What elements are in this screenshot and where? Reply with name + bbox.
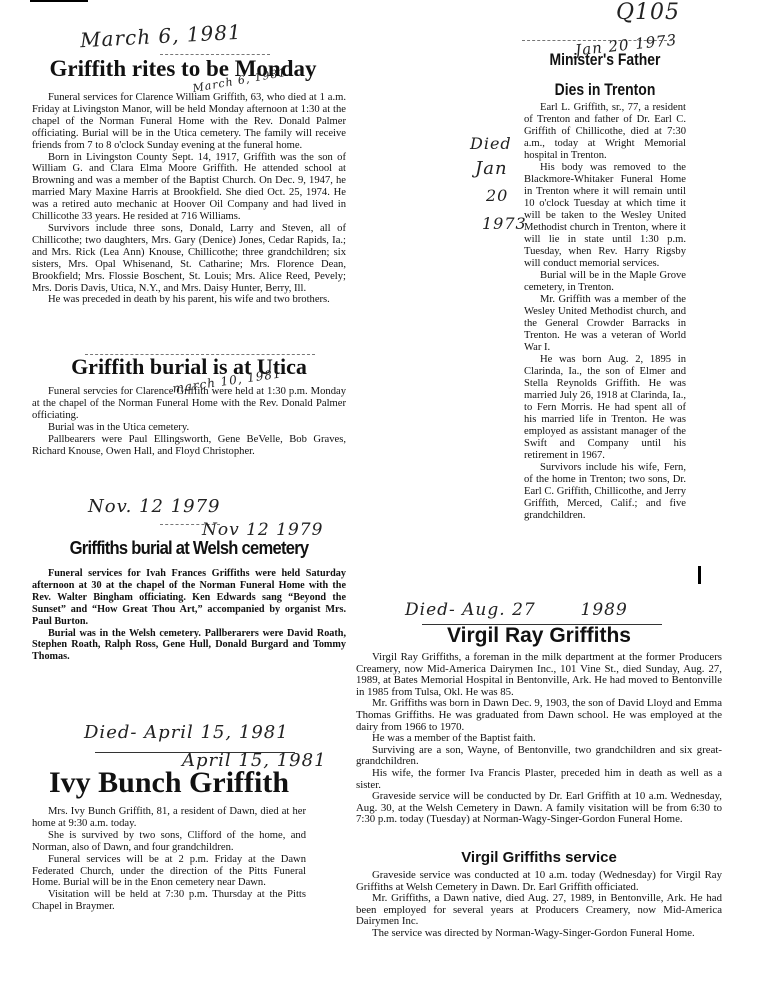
article-body: Mrs. Ivy Bunch Griffith, 81, a resident … [32, 806, 306, 913]
paragraph: Funeral services will be at 2 p.m. Frida… [32, 854, 306, 890]
date-annotation: Died- April 15, 1981 [84, 722, 289, 743]
paragraph: Graveside service will be conducted by D… [356, 791, 722, 826]
obituary-clarence-burial: Griffith burial is at Utica march 10, 19… [32, 354, 346, 457]
paragraph: Virgil Ray Griffiths, a foreman in the m… [356, 652, 722, 698]
paragraph: Born in Livingston County Sept. 14, 1917… [32, 152, 346, 223]
paragraph: He was born Aug. 2, 1895 in Clarinda, Ia… [524, 354, 686, 462]
paragraph: The service was directed by Norman-Wagy-… [356, 928, 722, 940]
clipping-edge-mark [698, 566, 701, 584]
paragraph: He was preceded in death by his parent, … [32, 294, 346, 306]
obituary-virgil-ray-griffiths: Virgil Ray Griffiths Virgil Ray Griffith… [356, 624, 722, 826]
headline-line-2: Dies in Trenton [539, 78, 672, 102]
paragraph: Mrs. Ivy Bunch Griffith, 81, a resident … [32, 806, 306, 830]
headline: Virgil Ray Griffiths [356, 624, 722, 648]
paragraph: He was a member of the Baptist faith. [356, 733, 722, 745]
headline: Virgil Griffiths service [356, 848, 722, 868]
paragraph: Mr. Griffith was a member of the Wesley … [524, 294, 686, 354]
obituary-ivy-bunch-griffith: April 15, 1981 Ivy Bunch Griffith Mrs. I… [32, 756, 306, 913]
paragraph: Surviving are a son, Wayne, of Bentonvil… [356, 745, 722, 768]
handwritten-date-stamp: April 15, 1981 [182, 750, 327, 771]
paragraph: Mr. Griffiths was born in Dawn Dec. 9, 1… [356, 698, 722, 733]
article-body: Graveside service was conducted at 10 a.… [356, 870, 722, 940]
date-annotation: March 6, 1981 [79, 20, 242, 52]
article-body: Virgil Ray Griffiths, a foreman in the m… [356, 652, 722, 826]
date-annotation: Died- Aug. 27 1989 [405, 600, 628, 620]
paragraph: His body was removed to the Blackmore-Wh… [524, 162, 686, 270]
paragraph: Pallbearers were Paul Ellingsworth, Gene… [32, 434, 346, 458]
paragraph: Burial was in the Utica cemetery. [32, 422, 346, 434]
paragraph: Earl L. Griffith, sr., 77, a resident of… [524, 102, 686, 162]
article-body: Funeral services for Ivah Frances Griffi… [32, 568, 346, 663]
clipping-edge-mark [30, 0, 88, 2]
obituary-ivah-griffiths: Nov 12 1979 Griffiths burial at Welsh ce… [32, 528, 346, 663]
date-annotation: Nov. 12 1979 [88, 496, 221, 517]
article-body: Earl L. Griffith, sr., 77, a resident of… [524, 102, 686, 522]
headline: Minister's Father [539, 48, 672, 72]
page-number-annotation: Q105 [616, 0, 680, 25]
paragraph: She is survived by two sons, Clifford of… [32, 830, 306, 854]
paragraph: Visitation will be held at 7:30 p.m. Thu… [32, 889, 306, 913]
headline: Griffith rites to be Monday [20, 56, 346, 82]
headline: Griffith burial is at Utica [32, 354, 346, 380]
article-body: Funeral services for Clarence William Gr… [32, 92, 346, 306]
paragraph: Graveside service was conducted at 10 a.… [356, 870, 722, 893]
margin-note-month: Jan [475, 158, 508, 179]
cut-line [160, 54, 270, 55]
headline: Ivy Bunch Griffith [32, 766, 306, 800]
margin-note-died: Died [470, 134, 512, 153]
paragraph: Survivors include three sons, Donald, La… [32, 223, 346, 294]
obituary-virgil-griffiths-service: Virgil Griffiths service Graveside servi… [356, 848, 722, 940]
paragraph: Burial will be in the Maple Grove cemete… [524, 270, 686, 294]
headline: Griffiths burial at Welsh cemetery [45, 536, 334, 560]
paragraph: Funeral services for Clarence William Gr… [32, 92, 346, 152]
paragraph: Funeral services for Ivah Frances Griffi… [32, 568, 346, 628]
paragraph: Survivors include his wife, Fern, of the… [524, 462, 686, 522]
article-body: Funeral servcies for Clarence Griffith w… [32, 386, 346, 457]
obituary-earl-l-griffith: Minister's Father Dies in Trenton Earl L… [524, 48, 686, 522]
margin-note-day: 20 [486, 186, 508, 205]
paragraph: Mr. Griffiths, a Dawn native, died Aug. … [356, 893, 722, 928]
paragraph: Burial was in the Welsh cemetery. Pallbe… [32, 628, 346, 664]
obituary-clarence-griffith: Griffith rites to be Monday March 6, 198… [32, 56, 346, 306]
margin-note-year: 1973 [482, 214, 527, 233]
paragraph: His wife, the former Iva Francis Plaster… [356, 768, 722, 791]
